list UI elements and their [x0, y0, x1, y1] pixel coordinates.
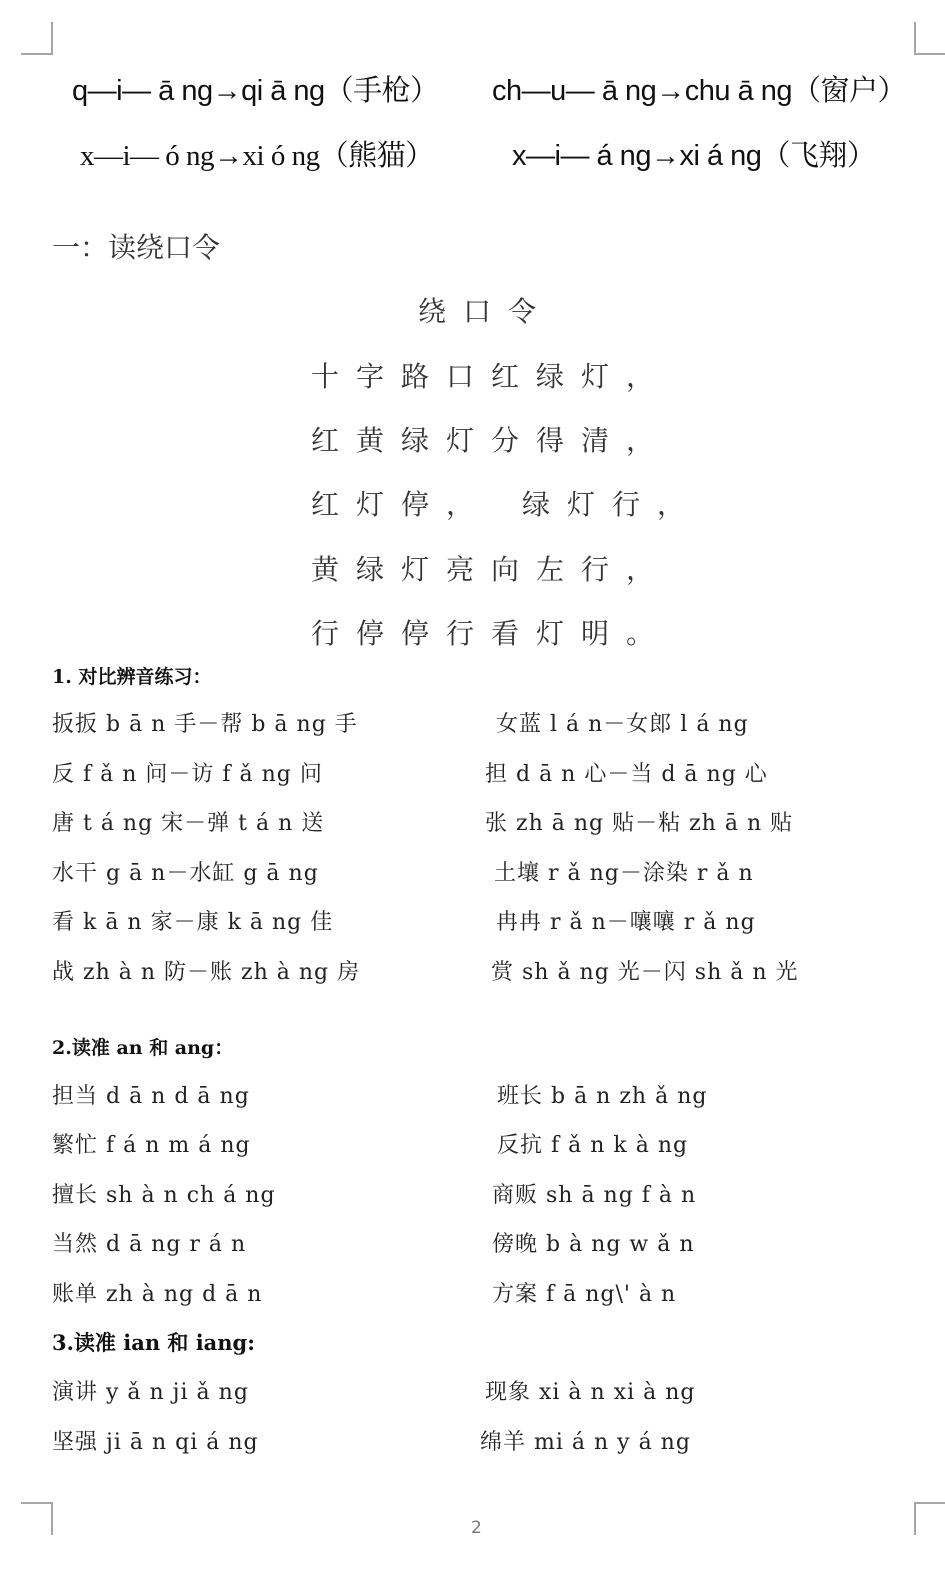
exercise-1-right-item: 担 d ā n 心－当 d ā ng 心 [485, 757, 768, 788]
exercise-2-right-item: 方案 f ā ng\' à n [492, 1277, 676, 1308]
poem-line-2: 红黄绿灯分得清， [311, 419, 671, 459]
crop-mark-bottom-right [914, 1502, 945, 1535]
exercise-3-right-item: 绵羊 mi á n y á ng [480, 1425, 691, 1456]
poem-title: 绕口令 [418, 290, 553, 330]
exercise-3-right-item: 现象 xi à n xi à ng [485, 1375, 696, 1406]
section-heading-tongue-twister: 一：读绕口令 [52, 226, 220, 266]
exercise-1-heading: 1. 对比辨音练习： [52, 662, 211, 689]
exercise-2-left-item: 担当 d ā n d ā ng [52, 1079, 250, 1110]
exercise-1-left-item: 反 f ǎ n 问－访 f ǎ ng 问 [52, 757, 323, 788]
exercise-3-heading: 3.读准 ian 和 iang: [52, 1327, 255, 1357]
exercise-1-right-item: 土壤 r ǎ ng－涂染 r ǎ n [494, 856, 754, 887]
exercise-1-left-item: 唐 t á ng 宋－弹 t á n 送 [52, 806, 324, 837]
exercise-2-right-item: 傍晚 b à ng w ǎ n [492, 1227, 695, 1258]
exercise-2-left-item: 擅长 sh à n ch á ng [52, 1178, 276, 1209]
poem-line-3: 红灯停， 绿灯行， [311, 483, 702, 523]
crop-mark-top-left [21, 22, 53, 55]
exercise-2-right-item: 班长 b ā n zh ǎ ng [497, 1079, 707, 1110]
formula-xiang: x—i— á ng→xi á ng（飞翔） [512, 133, 875, 174]
exercise-2-heading: 2.读准 an 和 ang： [52, 1033, 233, 1060]
exercise-2-right-item: 商贩 sh ā ng f à n [492, 1178, 696, 1209]
poem-line-1: 十字路口红绿灯， [311, 355, 671, 395]
exercise-2-left-item: 繁忙 f á n m á ng [52, 1128, 251, 1159]
exercise-2-left-item: 账单 zh à ng d ā n [52, 1277, 262, 1308]
formula-qiang: q—i— ā ng→qi ā ng（手枪） [72, 68, 439, 109]
exercise-1-left-item: 水干 g ā n－水缸 g ā ng [52, 856, 319, 887]
exercise-1-left-item: 看 k ā n 家－康 k ā ng 佳 [52, 905, 333, 936]
crop-mark-top-right [914, 22, 945, 55]
formula-xiong: x—i— ó ng→xi ó ng（熊猫） [80, 133, 434, 174]
page-number: 2 [471, 1518, 482, 1538]
exercise-1-right-item: 张 zh ā ng 贴－粘 zh ā n 贴 [485, 806, 793, 837]
exercise-3-left-item: 坚强 ji ā n qi á ng [52, 1425, 259, 1456]
exercise-2-left-item: 当然 d ā ng r á n [52, 1227, 246, 1258]
exercise-3-left-item: 演讲 y ǎ n ji ǎ ng [52, 1375, 249, 1406]
exercise-1-left-item: 战 zh à n 防－账 zh à ng 房 [52, 955, 360, 986]
crop-mark-bottom-left [21, 1502, 53, 1535]
exercise-1-right-item: 冉冉 r ǎ n－嚷嚷 r ǎ ng [496, 905, 756, 936]
exercise-1-left-item: 扳扳 b ā n 手－帮 b ā ng 手 [52, 707, 358, 738]
formula-chuang: ch—u— ā ng→chu ā ng（窗户） [492, 68, 906, 109]
exercise-1-right-item: 女蓝 l á n－女郎 l á ng [496, 707, 749, 738]
poem-line-4: 黄绿灯亮向左行， [311, 548, 671, 588]
poem-line-5: 行停停行看灯明。 [311, 612, 671, 652]
exercise-1-right-item: 赏 sh ǎ ng 光－闪 sh ǎ n 光 [491, 955, 799, 986]
exercise-2-right-item: 反抗 f ǎ n k à ng [497, 1128, 688, 1159]
